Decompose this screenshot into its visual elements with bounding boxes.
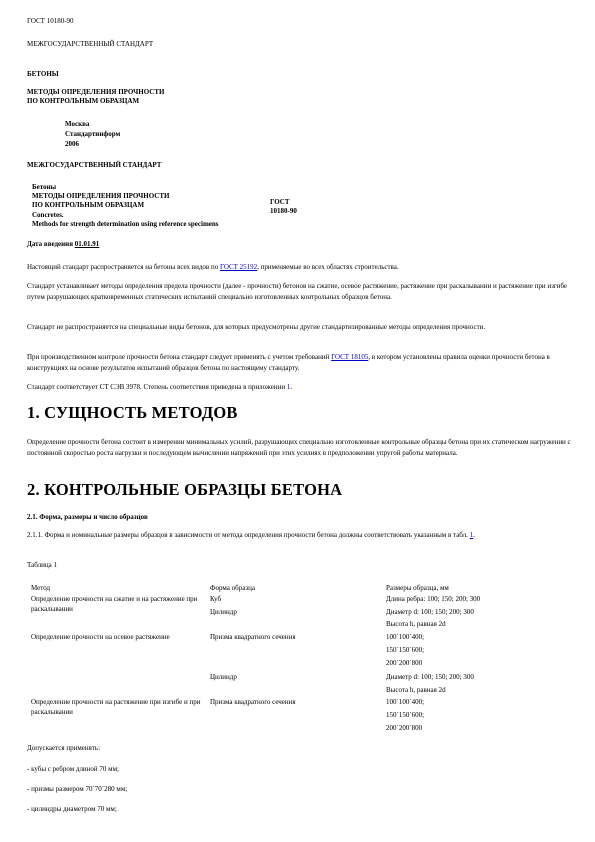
subject-label: БЕТОНЫ bbox=[27, 70, 59, 79]
gost-number: 10180-90 bbox=[270, 207, 297, 216]
title-block-english-1: Concretes. bbox=[32, 211, 64, 220]
table-row-3-size-1: 100´100´400; bbox=[386, 632, 424, 642]
table-row-1-method: Определение прочности на сжатие и на рас… bbox=[31, 594, 201, 614]
table-row-5-size-2: 150´150´600; bbox=[386, 710, 424, 720]
table-row-5-method: Определение прочности на растяжение при … bbox=[31, 697, 203, 717]
title-line-1: МЕТОДЫ ОПРЕДЕЛЕНИЯ ПРОЧНОСТИ bbox=[27, 88, 164, 97]
publish-year: 2006 bbox=[65, 140, 79, 149]
paragraph-scope: Настоящий стандарт распространяется на б… bbox=[27, 262, 572, 273]
gost-18105-link[interactable]: ГОСТ 18105 bbox=[331, 353, 368, 361]
title-block-line-1: МЕТОДЫ ОПРЕДЕЛЕНИЯ ПРОЧНОСТИ bbox=[32, 192, 169, 201]
section-2-1-heading: 2.1. Форма, размеры и число образцов bbox=[27, 513, 148, 522]
allowed-item-2: - призмы размером 70´70´280 мм; bbox=[27, 785, 127, 794]
table-row-3-size-2: 150´150´600; bbox=[386, 645, 424, 655]
date-label: Дата введения bbox=[27, 240, 73, 248]
table-header-size: Размеры образца, мм bbox=[386, 583, 449, 593]
table-row-3-method: Определение прочности на осевое растяжен… bbox=[31, 632, 201, 642]
clause-2-1-1: 2.1.1. Форма и номинальные размеры образ… bbox=[27, 530, 572, 541]
table-row-4-shape: Цилиндр bbox=[210, 672, 237, 682]
table-row-5-size-1: 100´100´400; bbox=[386, 697, 424, 707]
table-row-5-shape: Призма квадратного сечения bbox=[210, 697, 296, 707]
table-row-4-size-2: Высота h, равная 2d bbox=[386, 685, 446, 695]
paragraph-production-control: При производственном контроле прочности … bbox=[27, 352, 572, 373]
paragraph-methods: Стандарт устанавливает методы определени… bbox=[27, 281, 572, 302]
table-row-3-shape: Призма квадратного сечения bbox=[210, 632, 296, 642]
doc-code: ГОСТ 10180-90 bbox=[27, 17, 74, 26]
publisher-city: Москва bbox=[65, 120, 89, 129]
title-block-line-2: ПО КОНТРОЛЬНЫМ ОБРАЗЦАМ bbox=[32, 201, 144, 210]
table-header-method: Метод bbox=[31, 583, 50, 593]
table-row-5-size-3: 200´200´800 bbox=[386, 723, 422, 733]
title-block-english-2: Methods for strength determination using… bbox=[32, 220, 219, 229]
paragraph-compliance: Стандарт соответствует СТ СЭВ 3978. Степ… bbox=[27, 382, 572, 393]
paragraph-exclusions: Стандарт не распространяется на специаль… bbox=[27, 322, 572, 333]
interstate-standard-label: МЕЖГОСУДАРСТВЕННЫЙ СТАНДАРТ bbox=[27, 40, 153, 49]
table-row-3-size-3: 200´200´800 bbox=[386, 658, 422, 668]
allowed-intro: Допускается применять: bbox=[27, 744, 100, 753]
section-2-heading: 2. КОНТРОЛЬНЫЕ ОБРАЗЦЫ БЕТОНА bbox=[27, 480, 342, 500]
gost-label: ГОСТ bbox=[270, 198, 290, 207]
date-value: 01.01.91 bbox=[75, 240, 100, 248]
title-block-interstate: МЕЖГОСУДАРСТВЕННЫЙ СТАНДАРТ bbox=[27, 161, 161, 170]
publisher-name: Стандартинформ bbox=[65, 130, 120, 139]
table-row-4-size-1: Диаметр d: 100; 150; 200; 300 bbox=[386, 672, 474, 682]
title-block-subject: Бетоны bbox=[32, 183, 56, 192]
allowed-item-1: - кубы с ребром длиной 70 мм; bbox=[27, 765, 119, 774]
table-row-2-size-1: Диаметр d: 100; 150; 200; 300 bbox=[386, 607, 474, 617]
table-header-shape: Форма образца bbox=[210, 583, 255, 593]
table-row-2-size-2: Высота h, равная 2d bbox=[386, 619, 446, 629]
section-1-text: Определение прочности бетона состоит в и… bbox=[27, 437, 572, 458]
allowed-item-3: - цилиндры диаметром 70 мм; bbox=[27, 805, 117, 814]
table-caption: Таблица 1 bbox=[27, 561, 57, 570]
table-row-1-shape: Куб bbox=[210, 594, 221, 604]
title-line-2: ПО КОНТРОЛЬНЫМ ОБРАЗЦАМ bbox=[27, 97, 139, 106]
document-page: ГОСТ 10180-90 МЕЖГОСУДАРСТВЕННЫЙ СТАНДАР… bbox=[0, 0, 595, 842]
gost-25192-link[interactable]: ГОСТ 25192 bbox=[220, 263, 257, 271]
table-row-2-shape: Цилиндр bbox=[210, 607, 237, 617]
introduction-date: Дата введения 01.01.91 bbox=[27, 240, 99, 249]
section-1-heading: 1. СУЩНОСТЬ МЕТОДОВ bbox=[27, 403, 238, 423]
table-row-1-size: Длина ребра: 100; 150; 200; 300 bbox=[386, 594, 480, 604]
